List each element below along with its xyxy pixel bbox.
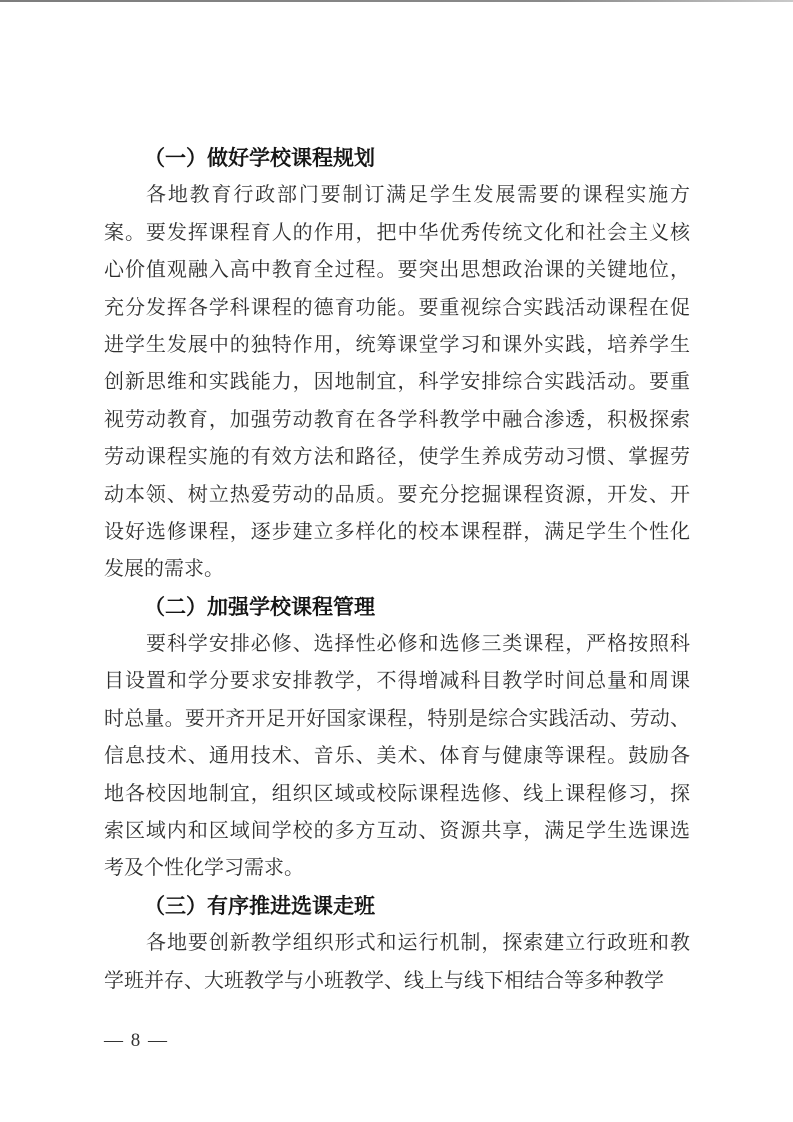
scan-edge-artifact xyxy=(0,0,793,2)
paragraph-line: 设好选修课程，逐步建立多样化的校本课程群，满足学生个性化 xyxy=(104,514,690,551)
paragraph-line: 考及个性化学习需求。 xyxy=(104,850,690,887)
page-number: — 8 — xyxy=(104,1028,169,1054)
section-heading-1: （一）做好学校课程规划 xyxy=(104,140,690,177)
paragraph-line: 创新思维和实践能力，因地制宜，科学安排综合实践活动。要重 xyxy=(104,364,690,401)
paragraph-line: 各地教育行政部门要制订满足学生发展需要的课程实施方 xyxy=(104,177,690,214)
document-page: （一）做好学校课程规划各地教育行政部门要制订满足学生发展需要的课程实施方案。要发… xyxy=(0,0,793,1122)
paragraph-line: 视劳动教育，加强劳动教育在各学科教学中融合渗透，积极探索 xyxy=(104,402,690,439)
paragraph-line: 心价值观融入高中教育全过程。要突出思想政治课的关键地位， xyxy=(104,252,690,289)
paragraph-line: 要科学安排必修、选择性必修和选修三类课程，严格按照科 xyxy=(104,626,690,663)
section-heading-3: （三）有序推进选课走班 xyxy=(104,888,690,925)
paragraph-line: 地各校因地制宜，组织区域或校际课程选修、线上课程修习，探 xyxy=(104,776,690,813)
paragraph-line: 目设置和学分要求安排教学，不得增减科目教学时间总量和周课 xyxy=(104,663,690,700)
document-body: （一）做好学校课程规划各地教育行政部门要制订满足学生发展需要的课程实施方案。要发… xyxy=(104,140,690,1000)
paragraph-line: 索区域内和区域间学校的多方互动、资源共享，满足学生选课选 xyxy=(104,813,690,850)
paragraph-line: 各地要创新教学组织形式和运行机制，探索建立行政班和教 xyxy=(104,925,690,962)
section-heading-2: （二）加强学校课程管理 xyxy=(104,589,690,626)
paragraph-line: 充分发挥各学科课程的德育功能。要重视综合实践活动课程在促 xyxy=(104,290,690,327)
paragraph-line: 进学生发展中的独特作用，统筹课堂学习和课外实践，培养学生 xyxy=(104,327,690,364)
paragraph-line: 学班并存、大班教学与小班教学、线上与线下相结合等多种教学 xyxy=(104,963,690,1000)
paragraph-line: 发展的需求。 xyxy=(104,551,690,588)
paragraph-line: 信息技术、通用技术、音乐、美术、体育与健康等课程。鼓励各 xyxy=(104,738,690,775)
paragraph-line: 动本领、树立热爱劳动的品质。要充分挖掘课程资源，开发、开 xyxy=(104,477,690,514)
paragraph-line: 案。要发挥课程育人的作用，把中华优秀传统文化和社会主义核 xyxy=(104,215,690,252)
paragraph-line: 时总量。要开齐开足开好国家课程，特别是综合实践活动、劳动、 xyxy=(104,701,690,738)
paragraph-line: 劳动课程实施的有效方法和路径，使学生养成劳动习惯、掌握劳 xyxy=(104,439,690,476)
